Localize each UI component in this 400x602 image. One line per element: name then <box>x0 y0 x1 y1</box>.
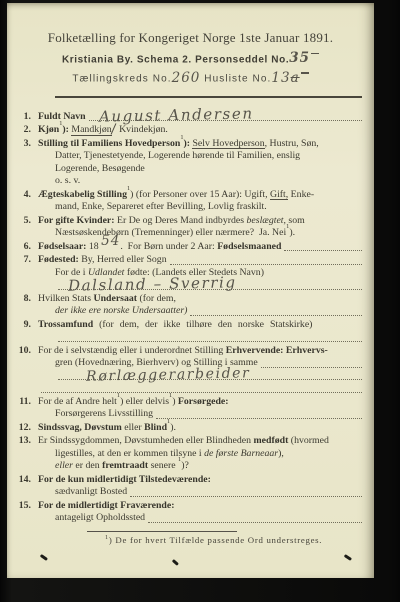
strike-mark <box>301 72 309 73</box>
item-number: 7. <box>7 254 38 292</box>
personseddel-number-handwritten: 35 <box>289 50 310 66</box>
question-mid: . For Børn under 2 Aar: <box>120 241 217 254</box>
dotted-line <box>41 382 362 393</box>
option-line-2: mand, Enke, Separeret efter Bevilling, L… <box>55 201 267 214</box>
handwritten-birthplace: Dalsland – Sverrig <box>68 275 237 294</box>
option-underlined-gift: Gift, <box>270 189 288 201</box>
question-list: 1. Fuldt NavnAugust Andersen 2. Kjøn1): … <box>7 111 374 525</box>
item-label: For de midlertidigt Fraværende: <box>38 500 175 513</box>
question-line-3-end: )? <box>181 460 189 473</box>
question-italic: de første Barneaar <box>204 448 278 461</box>
question-line-3-mid: senere <box>148 460 178 473</box>
item-number: 1. <box>7 111 38 124</box>
item-number: 3. <box>7 138 38 188</box>
option-rest: , Hustru, Søn, <box>265 138 319 151</box>
dotted-line: Dalsland – Sverrig <box>58 279 362 290</box>
year-prefix: 18 <box>89 241 101 254</box>
option-line-4: o. s. v. <box>55 175 80 188</box>
item-label: Ægteskabelig Stilling <box>38 189 127 202</box>
question-line-3-bold: fremtraadt <box>102 460 148 473</box>
question-end: ). <box>170 422 176 435</box>
handwritten-full-name: August Andersen <box>99 107 254 125</box>
question-text: Hvilken Stats <box>38 293 94 306</box>
option-underlined-selv-hovedperson: Selv Hovedperson <box>192 138 264 150</box>
question-mid: eller <box>122 422 144 435</box>
schema-line-label: Kristiania By. Schema 2. Personseddel No… <box>62 54 289 65</box>
question-italic: der ikke ere norske Undersaatter) <box>55 305 187 318</box>
option-underlined-mandkjon: Mandkjøn <box>71 124 111 136</box>
item-number: 2. <box>7 124 38 137</box>
item-label-2: Fødselsmaaned <box>217 241 281 254</box>
item-label: Undersaat <box>94 293 138 306</box>
item-number: 11. <box>7 396 38 421</box>
husliste-number-handwritten: 13 <box>271 70 290 86</box>
form-item-12: 12. Sindssvag, Døvstum eller Blind1). <box>7 422 374 435</box>
form-item-15: 15. For de midlertidigt Fraværende: anta… <box>7 500 374 525</box>
form-item-3: 3. Stilling til Familiens Hovedperson1):… <box>7 138 374 188</box>
question-text-end: (for dem, <box>137 293 176 306</box>
option-text: ) (for Personer over 15 Aar): Ugift, <box>130 189 270 202</box>
question-line-2: Næstsøskendebørn (Tremenninger) eller næ… <box>55 227 286 240</box>
pen-dash-mark <box>311 53 319 54</box>
dotted-line <box>190 305 362 316</box>
item-label: Fødested: <box>38 254 81 267</box>
form-item-9: 9. Trossamfund (for dem, der ikke tilhør… <box>7 319 374 344</box>
question-line-3-italic: eller <box>55 460 73 473</box>
item-label: Kjøn <box>38 124 59 137</box>
dotted-line <box>130 486 362 497</box>
option-line-3: Logerende, Besøgende <box>55 163 145 176</box>
question-text: For de af Andre helt <box>38 396 117 409</box>
item-label: Trossamfund <box>38 319 93 332</box>
item-label: Erhvervende: Erhvervs- <box>226 345 328 358</box>
question-line-2: ligestilles, at den er kommen tilsyne i <box>55 448 204 461</box>
tellingskreds-number-handwritten: 260 <box>172 70 201 86</box>
option-rest: Kvindekjøn. <box>117 124 168 137</box>
item-label: Sindssvag, Døvstum <box>38 422 122 435</box>
footnote-text: ) De for hvert Tilfælde passende Ord und… <box>109 535 322 545</box>
footnote-divider <box>87 531 237 532</box>
form-item-5: 5. For gifte Kvinder: Er De og Deres Man… <box>7 215 374 240</box>
item-number: 14. <box>7 474 38 499</box>
question-line-2-end: ). <box>289 227 295 240</box>
dotted-line <box>156 408 362 419</box>
item-label: medfødt <box>254 435 289 448</box>
item-label-colon: ): <box>62 124 71 137</box>
item-number: 9. <box>7 319 38 344</box>
question-line-3: er den <box>73 460 102 473</box>
item-number: 15. <box>7 500 38 525</box>
dotted-line: August Andersen <box>89 111 362 122</box>
item-number: 12. <box>7 422 38 435</box>
item-label: For de kun midlertidigt Tilstedeværende: <box>38 474 211 487</box>
dotted-line <box>284 241 362 252</box>
form-item-11: 11. For de af Andre helt1) eller delvis1… <box>7 396 374 421</box>
question-text-end: (hvormed <box>288 435 329 448</box>
dotted-line <box>148 512 362 523</box>
question-text: For de i selvstændig eller i underordnet… <box>38 345 226 358</box>
dotted-line <box>170 254 362 265</box>
dotted-line <box>58 331 362 342</box>
form-item-1: 1. Fuldt NavnAugust Andersen <box>7 111 374 124</box>
form-item-6: 6. Fødselsaar: 18 54. For Børn under 2 A… <box>7 241 374 254</box>
item-label: Forsørgede: <box>178 396 229 409</box>
husliste-letter-struck: a <box>291 70 300 86</box>
question-text: Er Sindssygdommen, Døvstumheden eller Bl… <box>38 435 254 448</box>
item-number: 10. <box>7 345 38 395</box>
question-line-2: sædvanligt Bosted <box>55 486 127 499</box>
item-label: Stilling til Familiens Hovedperson <box>38 138 180 151</box>
handwritten-birth-year: 54 <box>101 241 120 254</box>
item-number: 5. <box>7 215 38 240</box>
form-item-14: 14. For de kun midlertidigt Tilstedevære… <box>7 474 374 499</box>
item-label-colon: ): <box>184 138 193 151</box>
item-label-2: Blind <box>144 422 167 435</box>
item-number: 13. <box>7 435 38 473</box>
census-form-paper: Folketælling for Kongeriget Norge 1ste J… <box>7 3 374 578</box>
form-item-10: 10. For de i selvstændig eller i underor… <box>7 345 374 395</box>
item-number: 4. <box>7 189 38 214</box>
item-number: 8. <box>7 293 38 318</box>
header-divider <box>55 96 362 98</box>
dotted-line <box>261 357 362 368</box>
option-line-2: Datter, Tjenestetyende, Logerende hørend… <box>55 150 300 163</box>
question-text-mid: ) eller delvis <box>120 396 169 409</box>
pen-slash-mark <box>112 124 117 137</box>
form-title: Folketælling for Kongeriget Norge 1ste J… <box>7 29 374 46</box>
form-item-13: 13. Er Sindssygdommen, Døvstumheden elle… <box>7 435 374 473</box>
question-italic: beslægtet, <box>247 215 286 228</box>
form-item-8: 8. Hvilken Stats Undersaat (for dem, der… <box>7 293 374 318</box>
form-item-4: 4. Ægteskabelig Stilling1) (for Personer… <box>7 189 374 214</box>
tellingskreds-label: Tællingskreds No. <box>72 74 171 85</box>
footnote: 1) De for hvert Tilfælde passende Ord un… <box>105 535 374 545</box>
question-line-2: Forsørgerens Livsstilling <box>55 408 153 421</box>
item-number: 6. <box>7 241 38 254</box>
question-text: Er De og Deres Mand indbyrdes <box>117 215 247 228</box>
schema-line: Kristiania By. Schema 2. Personseddel No… <box>7 53 374 67</box>
dotted-line: Rørlæggerarbeider <box>58 370 362 381</box>
question-text: (for dem, der ikke tilhøre den norske St… <box>93 319 312 332</box>
item-label: For gifte Kvinder: <box>38 215 117 228</box>
option-text-end: Enke- <box>288 189 314 202</box>
form-item-7: 7. Fødested: By, Herred eller Sogn For d… <box>7 254 374 292</box>
tellingskreds-line: Tællingskreds No.260 Husliste No.13a <box>7 72 374 85</box>
question-text: By, Herred eller Sogn <box>81 254 166 267</box>
question-line-2-end: ), <box>278 448 284 461</box>
form-item-2: 2. Kjøn1): Mandkjøn Kvindekjøn. <box>7 124 374 137</box>
husliste-label: Husliste No. <box>200 74 271 85</box>
item-label: Fødselsaar: <box>38 241 89 254</box>
question-line-2: antageligt Opholdssted <box>55 512 145 525</box>
